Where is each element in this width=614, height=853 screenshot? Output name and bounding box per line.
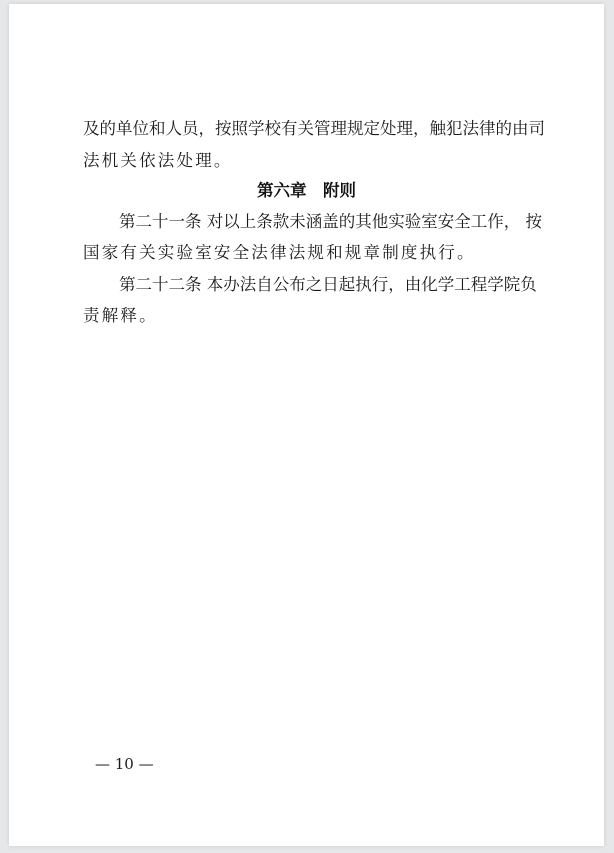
document-page: 及的单位和人员，按照学校有关管理规定处理，触犯法律的由司 法机关依法处理。 第六… — [9, 4, 604, 846]
article-21-line: 第二十一条 对以上条款未涵盖的其他实验室安全工作， 按 — [83, 212, 525, 232]
article-22-line: 责解释。 — [83, 306, 525, 326]
paragraph-line: 法机关依法处理。 — [83, 151, 525, 171]
chapter-heading: 第六章 附则 — [9, 181, 604, 201]
article-22-line: 第二十二条 本办法自公布之日起执行，由化学工程学院负 — [83, 275, 525, 295]
page-number: — 10 — — [95, 754, 154, 774]
paragraph-line: 及的单位和人员，按照学校有关管理规定处理，触犯法律的由司 — [83, 119, 525, 139]
article-21-line: 国家有关实验室安全法律法规和规章制度执行。 — [83, 243, 525, 263]
